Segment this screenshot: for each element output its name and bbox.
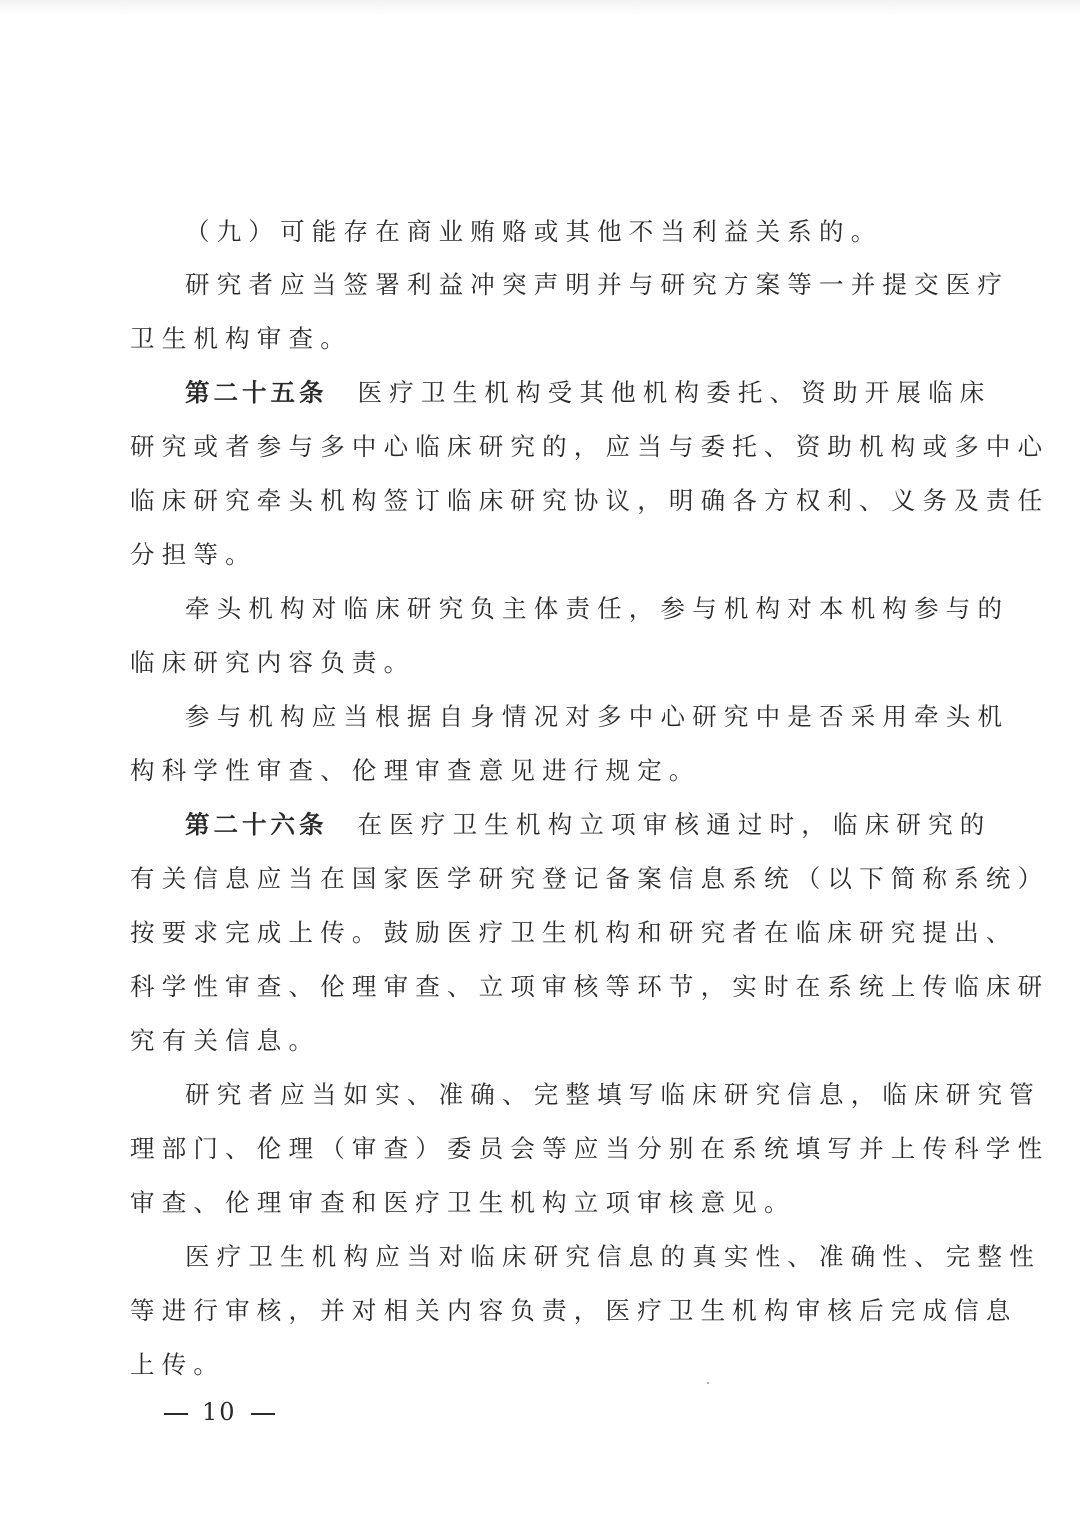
page-number-value: 10 — [202, 1398, 237, 1426]
article-26-line-1: 第二十六条在医疗卫生机构立项审核通过时，临床研究的 — [185, 808, 985, 842]
article-26-line-3: 按要求完成上传。鼓励医疗卫生机构和研究者在临床研究提出、 — [130, 916, 930, 950]
paragraph-researcher-info-line-2: 理部门、伦理（审查）委员会等应当分别在系统填写并上传科学性 — [130, 1132, 930, 1166]
article-26-label: 第二十六条 — [185, 810, 328, 839]
paragraph-conflict-declaration-line-1: 研究者应当签署利益冲突声明并与研究方案等一并提交医疗 — [185, 268, 985, 302]
dash-left — [164, 1413, 188, 1415]
document-page: （九）可能存在商业贿赂或其他不当利益关系的。 研究者应当签署利益冲突声明并与研究… — [0, 0, 1080, 1528]
article-25-line-3: 临床研究牵头机构签订临床研究协议，明确各方权利、义务及责任 — [130, 484, 930, 518]
scan-speck — [707, 1382, 709, 1384]
article-26-text-1: 在医疗卫生机构立项审核通过时，临床研究的 — [358, 810, 992, 839]
article-26-line-4: 科学性审查、伦理审查、立项审核等环节，实时在系统上传临床研 — [130, 970, 930, 1004]
paragraph-lead-institution-line-1: 牵头机构对临床研究负主体责任，参与机构对本机构参与的 — [185, 592, 985, 626]
paragraph-lead-institution-line-2: 临床研究内容负责。 — [130, 646, 930, 680]
paragraph-conflict-declaration-line-2: 卫生机构审查。 — [130, 322, 930, 356]
paragraph-item-9-line-1: （九）可能存在商业贿赂或其他不当利益关系的。 — [185, 215, 985, 249]
paragraph-institution-review-line-2: 等进行审核，并对相关内容负责，医疗卫生机构审核后完成信息 — [130, 1294, 930, 1328]
article-26-line-2: 有关信息应当在国家医学研究登记备案信息系统（以下简称系统） — [130, 862, 930, 896]
article-25-line-1: 第二十五条医疗卫生机构受其他机构委托、资助开展临床 — [185, 376, 985, 410]
article-25-text-1: 医疗卫生机构受其他机构委托、资助开展临床 — [358, 378, 992, 407]
paragraph-institution-review-line-1: 医疗卫生机构应当对临床研究信息的真实性、准确性、完整性 — [185, 1240, 985, 1274]
paragraph-participating-institution-line-1: 参与机构应当根据自身情况对多中心研究中是否采用牵头机 — [185, 700, 985, 734]
paragraph-researcher-info-line-1: 研究者应当如实、准确、完整填写临床研究信息，临床研究管 — [185, 1078, 985, 1112]
paragraph-participating-institution-line-2: 构科学性审查、伦理审查意见进行规定。 — [130, 754, 930, 788]
article-26-line-5: 究有关信息。 — [130, 1024, 930, 1058]
article-25-line-4: 分担等。 — [130, 538, 930, 572]
dash-right — [251, 1413, 275, 1415]
article-25-line-2: 研究或者参与多中心临床研究的，应当与委托、资助机构或多中心 — [130, 430, 930, 464]
page-number: 10 — [150, 1398, 289, 1426]
article-25-label: 第二十五条 — [185, 378, 328, 407]
paragraph-institution-review-line-3: 上传。 — [130, 1348, 930, 1382]
paragraph-researcher-info-line-3: 审查、伦理审查和医疗卫生机构立项审核意见。 — [130, 1186, 930, 1220]
